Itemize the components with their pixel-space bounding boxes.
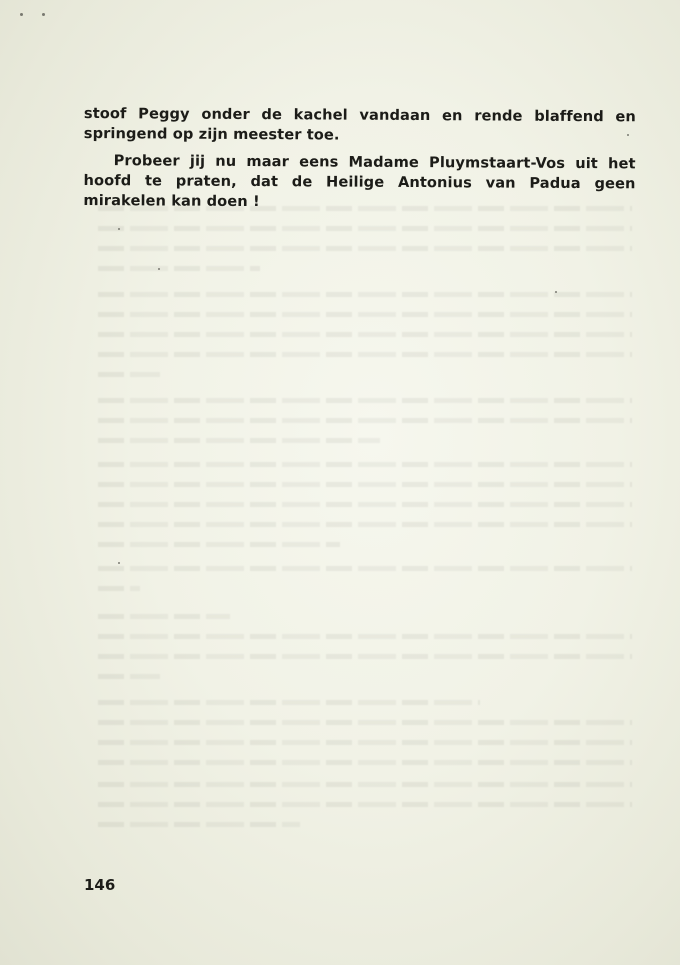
- show-through-texture: [98, 292, 632, 297]
- show-through-texture: [98, 352, 632, 357]
- show-through-texture: [98, 740, 632, 745]
- show-through-texture: [98, 700, 480, 705]
- show-through-texture: [98, 634, 632, 639]
- show-through-texture: [98, 782, 632, 787]
- show-through-texture: [98, 246, 632, 251]
- dust-speck: [158, 268, 160, 270]
- show-through-texture: [98, 760, 632, 765]
- show-through-texture: [98, 438, 380, 443]
- show-through-texture: [98, 462, 632, 467]
- show-through-texture: [98, 482, 632, 487]
- page-number: 146: [84, 876, 115, 894]
- paragraph: Probeer jij nu maar eens Madame Pluymsta…: [83, 151, 635, 214]
- body-text: stoof Peggy onder de kachel vandaan en r…: [83, 104, 636, 214]
- show-through-texture: [98, 566, 632, 571]
- show-through-texture: [98, 720, 632, 725]
- dust-speck: [118, 562, 120, 564]
- show-through-texture: [98, 266, 260, 271]
- show-through-texture: [98, 418, 632, 423]
- book-page: stoof Peggy onder de kachel vandaan en r…: [0, 0, 680, 965]
- show-through-texture: [98, 332, 632, 337]
- show-through-texture: [98, 822, 300, 827]
- show-through-texture: [98, 654, 632, 659]
- dust-speck: [555, 291, 557, 293]
- show-through-texture: [98, 802, 632, 807]
- show-through-texture: [98, 542, 340, 547]
- dust-speck: [20, 13, 23, 16]
- dust-speck: [42, 13, 45, 16]
- show-through-texture: [98, 398, 632, 403]
- show-through-texture: [98, 226, 632, 231]
- paragraph: stoof Peggy onder de kachel vandaan en r…: [84, 104, 636, 147]
- show-through-texture: [98, 502, 632, 507]
- dust-speck: [118, 228, 120, 230]
- show-through-texture: [98, 372, 160, 377]
- show-through-texture: [98, 674, 160, 679]
- show-through-texture: [98, 586, 140, 591]
- show-through-texture: [98, 614, 230, 619]
- show-through-texture: [98, 522, 632, 527]
- show-through-texture: [98, 312, 632, 317]
